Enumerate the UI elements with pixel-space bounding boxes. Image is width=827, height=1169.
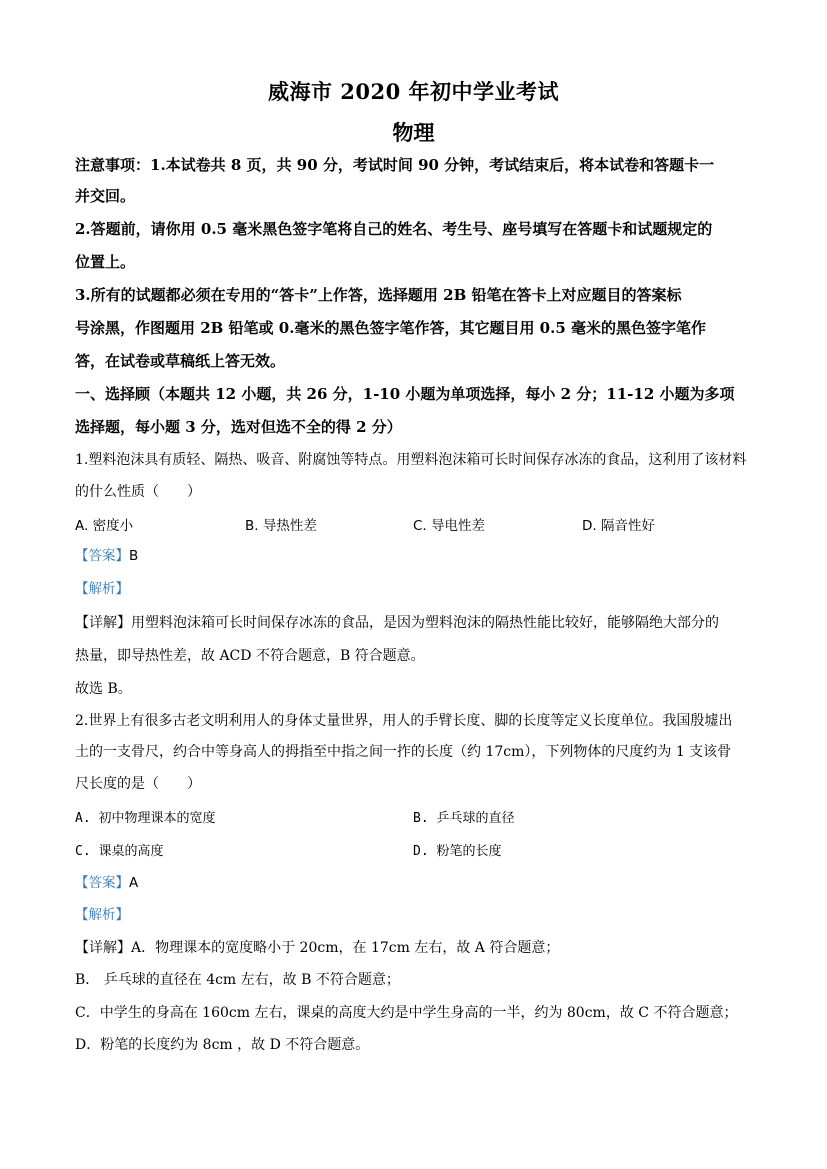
note-3-line-2: 号涂黑，作图题用 2B 铅笔或 0.毫米的黑色签字笔作答，其它题目用 0.5 毫… xyxy=(75,318,755,338)
exam-page: 威海市 2020 年初中学业考试 物理 注意事项：1.本试卷共 8 页，共 90… xyxy=(0,0,827,1169)
note-1-line-2: 并交回。 xyxy=(75,186,755,206)
q1-option-d: D. 隔音性好 xyxy=(582,514,655,534)
q1-stem-line-2: 的什么性质（ ） xyxy=(75,482,755,502)
q1-option-a: A. 密度小 xyxy=(75,514,133,534)
note-2-line-1: 2.答题前，请你用 0.5 毫米黑色签字笔将自己的姓名、考生号、座号填写在答题卡… xyxy=(75,219,755,239)
q1-analysis: 【解析】 xyxy=(75,579,755,599)
analysis-label: 【解析】 xyxy=(75,581,129,597)
q2-answer: 【答案】A xyxy=(75,873,755,893)
q2-analysis: 【解析】 xyxy=(75,905,755,925)
q2-detail-line-4: D．粉笔的长度约为 8cm ，故 D 不符合题意。 xyxy=(75,1035,755,1055)
q2-option-a: A. 初中物理课本的宽度 xyxy=(75,807,215,826)
q1-conclusion: 故选 B。 xyxy=(75,679,755,699)
answer-value: A xyxy=(129,875,138,891)
q1-option-c: C. 导电性差 xyxy=(413,514,485,534)
q1-option-b: B. 导热性差 xyxy=(245,514,317,534)
page-title: 威海市 2020 年初中学业考试 xyxy=(0,76,827,106)
section-heading-line-2: 选择题，每小题 3 分，选对但选不全的得 2 分） xyxy=(75,417,755,437)
subject-title: 物理 xyxy=(0,117,827,147)
analysis-label: 【解析】 xyxy=(75,907,129,923)
detail-label: 【详解】 xyxy=(75,615,131,631)
note-3-line-3: 答，在试卷或草稿纸上答无效。 xyxy=(75,351,755,371)
note-1-line-1: 注意事项：1.本试卷共 8 页，共 90 分，考试时间 90 分钟，考试结束后，… xyxy=(75,155,755,175)
q1-detail-line-2: 热量，即导热性差，故 ACD 不符合题意，B 符合题意。 xyxy=(75,646,755,666)
note-2-line-2: 位置上。 xyxy=(75,252,755,272)
q2-stem-line-3: 尺长度的是（ ） xyxy=(75,774,755,794)
q2-detail-line-2: B． 乒乓球的直径在 4cm 左右，故 B 不符合题意； xyxy=(75,970,755,990)
answer-value: B xyxy=(129,548,138,564)
answer-label: 【答案】 xyxy=(75,548,129,564)
q2-option-c: C. 课桌的高度 xyxy=(75,840,163,859)
q2-detail-line-1: 【详解】A．物理课本的宽度略小于 20cm，在 17cm 左右，故 A 符合题意… xyxy=(75,938,755,958)
q2-option-d: D. 粉笔的长度 xyxy=(413,840,501,859)
detail-label: 【详解】 xyxy=(75,940,131,956)
q1-stem-line-1: 1.塑料泡沫具有质轻、隔热、吸音、附腐蚀等特点。用塑料泡沫箱可长时间保存冰冻的食… xyxy=(75,450,755,470)
q1-answer: 【答案】B xyxy=(75,546,755,566)
q2-detail-line-3: C．中学生的身高在 160cm 左右，课桌的高度大约是中学生身高的一半，约为 8… xyxy=(75,1003,755,1023)
note-3-line-1: 3.所有的试题都必须在专用的“答卡”上作答，选择题用 2B 铅笔在答卡上对应题目… xyxy=(75,285,755,305)
q2-option-b: B. 乒乓球的直径 xyxy=(413,807,514,826)
section-heading-line-1: 一、选择顾（本题共 12 小题，共 26 分，1-10 小题为单项选择，每小 2… xyxy=(75,384,755,404)
q2-stem-line-2: 土的一支骨尺，约合中等身高人的拇指至中指之间一拃的长度（约 17cm），下列物体… xyxy=(75,742,755,762)
q2-stem-line-1: 2.世界上有很多古老文明利用人的身体丈量世界，用人的手臂长度、脚的长度等定义长度… xyxy=(75,711,755,731)
q1-detail-line-1: 【详解】用塑料泡沫箱可长时间保存冰冻的食品，是因为塑料泡沫的隔热性能比较好，能够… xyxy=(75,613,755,633)
answer-label: 【答案】 xyxy=(75,875,129,891)
